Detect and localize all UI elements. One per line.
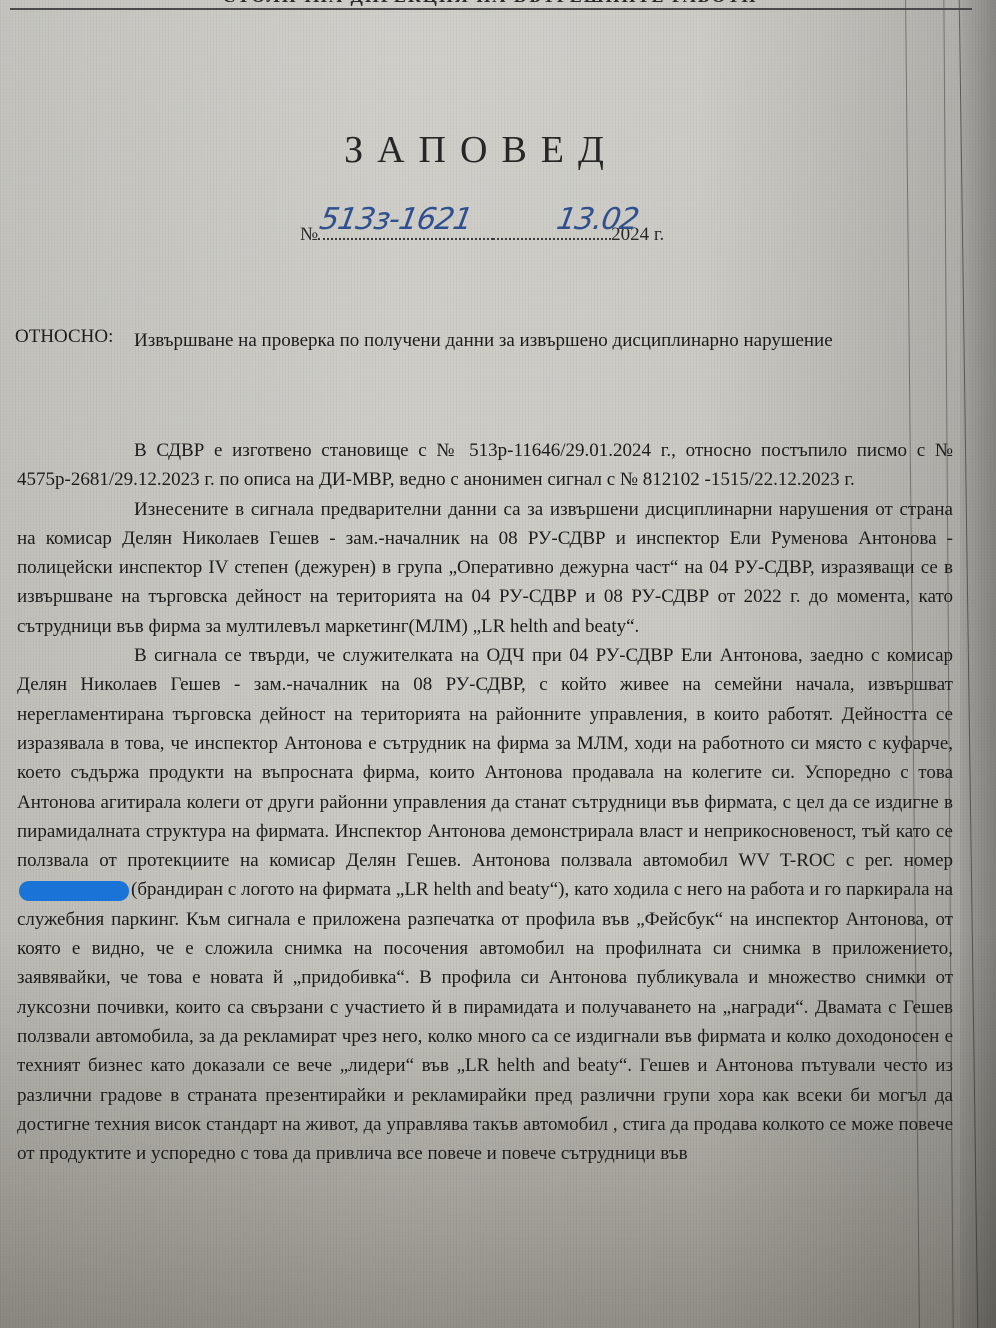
handwritten-number: 513з-1621: [317, 202, 475, 237]
body-text: В СДВР е изготвено становище с № 513р-11…: [17, 436, 953, 1168]
paragraph-1: В СДВР е изготвено становище с № 513р-11…: [17, 436, 953, 495]
date-field: 13.02: [493, 222, 611, 240]
paragraph-2: Изнесените в сигнала предварителни данни…: [17, 495, 953, 641]
subject-label: ОТНОСНО:: [15, 326, 113, 348]
paragraph-3: В сигнала се твърди, че служителката на …: [17, 641, 953, 1168]
number-field: 513з-1621: [318, 222, 493, 240]
document-title: ЗАПОВЕД: [0, 128, 962, 172]
paragraph-3-part-1: В сигнала се твърди, че служителката на …: [17, 645, 953, 871]
letterhead-text: СТОЛИЧНА ДИРЕКЦИЯ НА ВЪТРЕШНИТЕ РАБОТИ: [160, 0, 820, 6]
redaction-mark: [19, 881, 129, 901]
subject-text: Извършване на проверка по получени данни…: [134, 326, 956, 355]
number-sign: №: [300, 224, 318, 245]
page-edge-shadow: [960, 0, 996, 1328]
paragraph-3-part-2: (брандиран с логото на фирмата „LR helth…: [17, 879, 953, 1164]
order-number-line: №513з-162113.022024 г.: [300, 222, 664, 246]
letterhead-rule: [10, 8, 972, 10]
handwritten-date: 13.02: [554, 202, 641, 237]
